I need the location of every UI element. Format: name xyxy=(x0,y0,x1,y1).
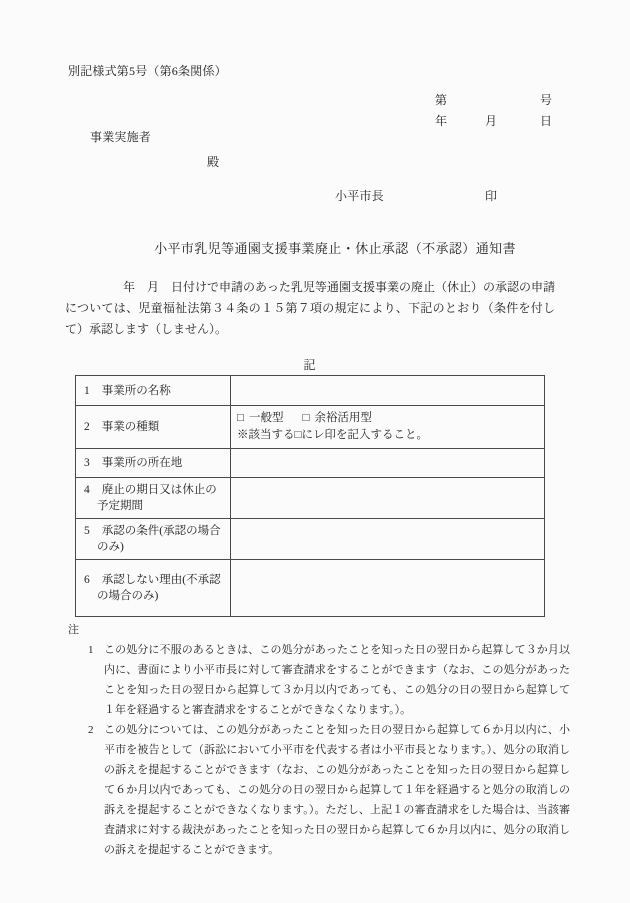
honorific-label: 殿 xyxy=(207,154,219,170)
table-cell-label: 3事業所の所在地 xyxy=(76,449,231,478)
notes-section: 注 1 この処分に不服のあるときは、この処分があったことを知った日の翌日から起算… xyxy=(68,620,570,860)
note-number: 1 xyxy=(88,640,104,720)
table-cell-label: 2事業の種類 xyxy=(76,406,231,449)
addressee-label: 事業実施者 xyxy=(90,129,151,145)
notes-label: 注 xyxy=(68,620,570,640)
table-cell-value xyxy=(231,376,545,406)
checkbox-icon: □ xyxy=(237,412,244,424)
row-number: 1 xyxy=(84,385,90,397)
row-number: 3 xyxy=(84,457,90,469)
doc-number-prefix: 第 xyxy=(435,92,447,108)
row-label: 事業所の所在地 xyxy=(102,457,183,469)
doc-number-suffix: 号 xyxy=(540,92,552,108)
row-label: 承認しない理由(不承認の場合のみ) xyxy=(97,574,221,602)
table-cell-label: 5承認の条件(承認の場合のみ) xyxy=(76,519,231,560)
note-text: この処分に不服のあるときは、この処分があったことを知った日の翌日から起算して３か… xyxy=(104,640,570,720)
document-title: 小平市乳児等通園支援事業廃止・休止承認（不承認）通知書 xyxy=(0,240,630,258)
date-month-label: 月 xyxy=(485,113,497,129)
row-label: 廃止の期日又は休止の予定期間 xyxy=(97,484,217,512)
body-paragraph: 年 月 日付けで申請のあった乳児等通園支援事業の廃止（休止）の承認の申請について… xyxy=(65,277,555,340)
seal-mark: 印 xyxy=(485,188,497,204)
record-marker: 記 xyxy=(75,357,544,373)
table-cell-value xyxy=(231,449,545,478)
checkbox-icon: □ xyxy=(302,412,309,424)
table-row: 4廃止の期日又は休止の予定期間 xyxy=(76,478,545,519)
note-text: この処分については、この処分があったことを知った日の翌日から起算して６か月以内に… xyxy=(104,720,570,860)
mayor-label: 小平市長 xyxy=(335,188,384,204)
checkbox-option-label: 余裕活用型 xyxy=(314,412,372,424)
table-cell-label: 1事業所の名称 xyxy=(76,376,231,406)
table-cell-label: 4廃止の期日又は休止の予定期間 xyxy=(76,478,231,519)
checkbox-option-label: 一般型 xyxy=(249,412,284,424)
approval-table: 1事業所の名称 2事業の種類 □一般型□余裕活用型 ※該当する□にレ印を記入する… xyxy=(75,375,545,617)
table-cell-value xyxy=(231,560,545,617)
sender-line: 小平市長 印 xyxy=(0,188,630,204)
note-item: 2 この処分については、この処分があったことを知った日の翌日から起算して６か月以… xyxy=(88,720,570,860)
doc-number-line: 第 号 xyxy=(0,92,630,108)
table-row: 2事業の種類 □一般型□余裕活用型 ※該当する□にレ印を記入すること。 xyxy=(76,406,545,449)
table-row: 1事業所の名称 xyxy=(76,376,545,406)
row-number: 5 xyxy=(84,525,90,537)
table-row: 5承認の条件(承認の場合のみ) xyxy=(76,519,545,560)
table-cell-label: 6承認しない理由(不承認の場合のみ) xyxy=(76,560,231,617)
row-number: 6 xyxy=(84,574,90,586)
note-number: 2 xyxy=(88,720,104,860)
note-item: 1 この処分に不服のあるときは、この処分があったことを知った日の翌日から起算して… xyxy=(88,640,570,720)
date-year-label: 年 xyxy=(435,113,447,129)
row-label: 事業所の名称 xyxy=(102,385,171,397)
date-day-label: 日 xyxy=(540,113,552,129)
date-line: 年 月 日 xyxy=(0,113,630,129)
table-row: 6承認しない理由(不承認の場合のみ) xyxy=(76,560,545,617)
table-cell-value: □一般型□余裕活用型 ※該当する□にレ印を記入すること。 xyxy=(231,406,545,449)
table-cell-value xyxy=(231,519,545,560)
checkbox-note: ※該当する□にレ印を記入すること。 xyxy=(237,427,538,444)
row-label: 承認の条件(承認の場合のみ) xyxy=(97,525,221,553)
table-cell-value xyxy=(231,478,545,519)
checkbox-line: □一般型□余裕活用型 xyxy=(237,410,538,427)
row-label: 事業の種類 xyxy=(102,421,160,433)
table-row: 3事業所の所在地 xyxy=(76,449,545,478)
form-reference: 別記様式第5号（第6条関係） xyxy=(68,63,227,79)
row-number: 4 xyxy=(84,484,90,496)
document-page: 別記様式第5号（第6条関係） 第 号 年 月 日 事業実施者 殿 小平市長 印 … xyxy=(0,0,630,903)
row-number: 2 xyxy=(84,421,90,433)
